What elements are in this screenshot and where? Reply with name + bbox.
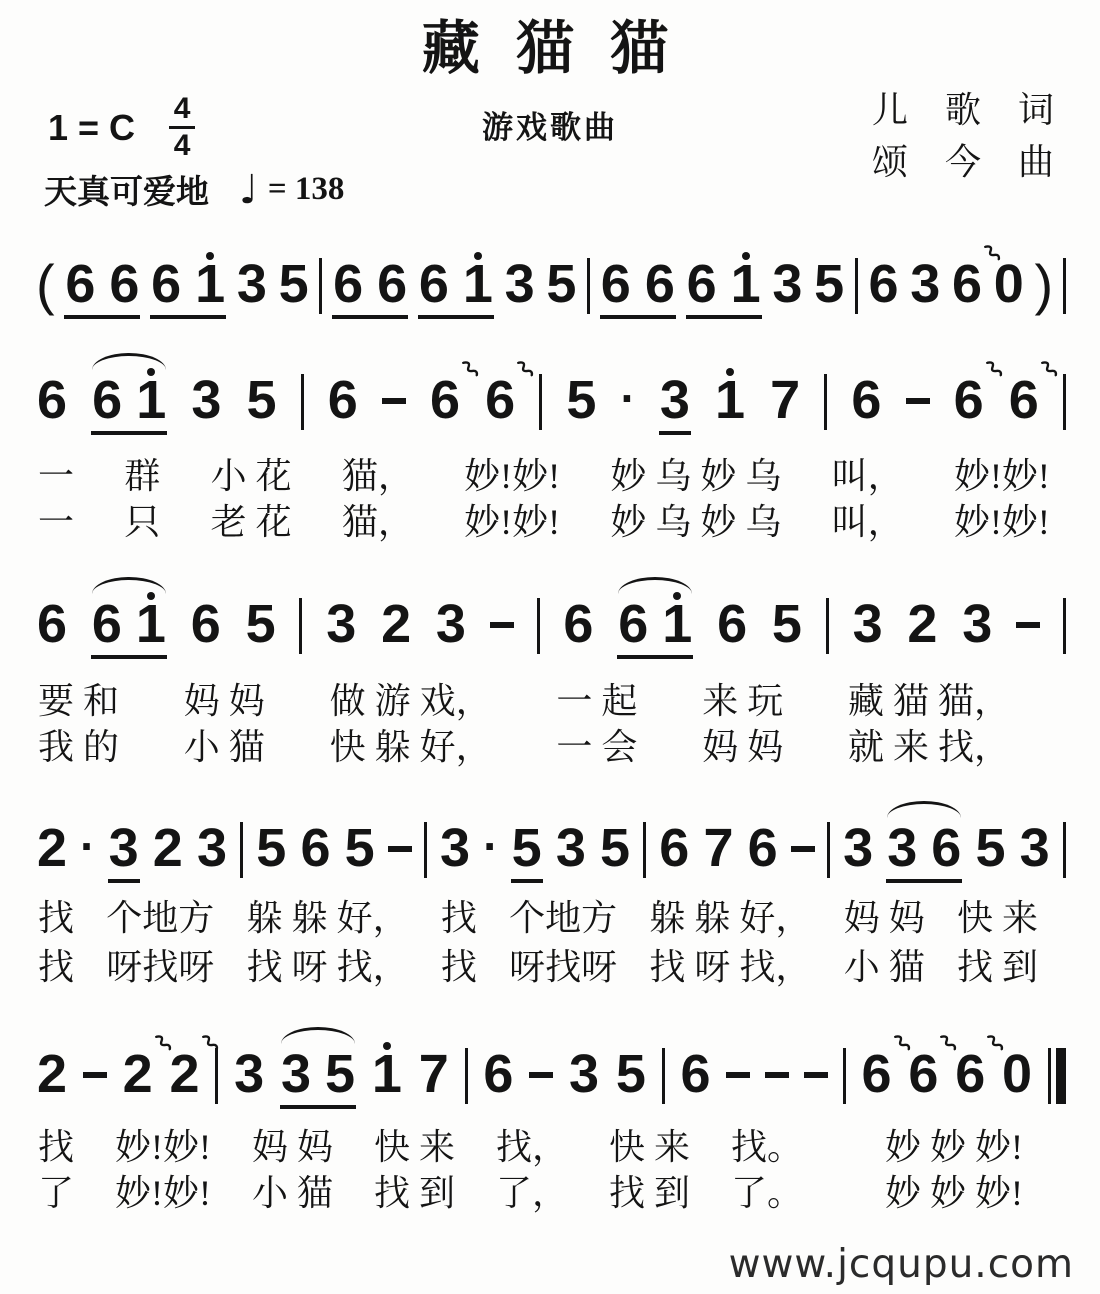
note: 3: [439, 820, 471, 876]
note: 5: [615, 1046, 647, 1102]
note: 1: [371, 1046, 403, 1102]
lyric-segment: 了，: [496, 1172, 568, 1214]
note: 6: [64, 256, 96, 312]
lyric-segment: 找: [441, 946, 477, 988]
note: 7: [702, 820, 734, 876]
note: 3: [909, 256, 941, 312]
beam-group: 66: [64, 256, 140, 319]
note: 3: [435, 596, 467, 652]
note-number: 6: [37, 372, 67, 428]
barline: [1063, 258, 1066, 314]
note: 3: [236, 256, 268, 312]
time-signature: 4 4: [169, 94, 195, 161]
lyric-segment: 猫，: [342, 501, 414, 543]
lyric-segment: 群: [124, 455, 160, 497]
composer-credit: 颂 今 曲: [872, 136, 1068, 188]
lyric-segment: 一: [38, 501, 74, 543]
note-number: 5: [546, 256, 576, 312]
note-number: 6: [680, 1046, 710, 1102]
music-line: (6661356661356661356360): [36, 256, 1066, 319]
note-number: 6: [483, 1046, 513, 1102]
note-number: 6: [92, 372, 122, 428]
lyric-segment: 就 来 找，: [848, 726, 1010, 768]
lyric-row: 找妙!妙!妈 妈快 来找，快 来找。妙 妙 妙!: [38, 1126, 1023, 1168]
note-number: 6: [109, 256, 139, 312]
note: 5: [511, 820, 543, 883]
barline: [539, 374, 542, 430]
note: 3: [196, 820, 228, 876]
note-number: 6: [955, 1046, 985, 1102]
octave-dot: [742, 252, 750, 260]
note: 5: [255, 820, 287, 876]
slide-mark-icon: [1037, 357, 1060, 381]
lyric-segment: 找: [441, 897, 477, 939]
barline: [643, 822, 646, 878]
note: 6: [686, 256, 718, 312]
barline-thin: [1048, 1048, 1051, 1104]
beam-group: 66: [332, 256, 408, 319]
note-number: 5: [566, 372, 596, 428]
note: 5: [278, 256, 310, 312]
slide-mark-icon: [459, 357, 482, 381]
octave-dot: [206, 252, 214, 260]
note-number: 2: [907, 596, 937, 652]
note: 3: [280, 1046, 312, 1102]
slur: [887, 801, 961, 818]
slur: [618, 577, 692, 594]
note-number: 3: [660, 372, 690, 428]
note-number: 3: [910, 256, 940, 312]
music-line: 661356665·317666: [36, 372, 1066, 435]
note: 6: [747, 820, 779, 876]
lyric-segment: 了: [38, 1172, 74, 1214]
barline: [824, 374, 827, 430]
barline: [855, 258, 858, 314]
note-number: 7: [703, 820, 733, 876]
note: 6: [327, 372, 359, 428]
note: 5: [974, 820, 1006, 876]
lyric-segment: 找 到: [609, 1172, 690, 1214]
lyric-row: 要 和妈 妈做 游 戏，一 起来 玩藏 猫 猫，: [38, 680, 1010, 722]
note-number: 7: [419, 1046, 449, 1102]
note: 6: [150, 256, 182, 312]
augmentation-dot: ·: [620, 372, 635, 424]
lyric-segment: 找 呀 找，: [247, 946, 409, 988]
lyric-segment: 妙!妙!: [115, 1126, 211, 1168]
note: 7: [418, 1046, 450, 1102]
note: 2: [36, 820, 68, 876]
dash-rest: [490, 622, 514, 628]
lyric-segment: 妈 妈: [184, 680, 265, 722]
barline: [1063, 598, 1066, 654]
note-number: 1: [731, 256, 761, 312]
dash-rest: [804, 1072, 828, 1078]
note: 6: [332, 256, 364, 312]
note: 3: [1019, 820, 1051, 876]
note: 5: [813, 256, 845, 312]
note: 3: [190, 372, 222, 428]
lyric-segment: 小 猫: [844, 946, 925, 988]
slur: [281, 1027, 355, 1044]
note: 5: [344, 820, 376, 876]
barline: [301, 374, 304, 430]
note: 6: [716, 596, 748, 652]
lyric-segment: 找 到: [957, 946, 1038, 988]
note: 6: [954, 1046, 986, 1102]
tempo-value: = 138: [268, 171, 345, 208]
lyric-segment: 藏 猫 猫，: [848, 680, 1010, 722]
note: 6: [376, 256, 408, 312]
note-number: 6: [377, 256, 407, 312]
note: 6: [482, 1046, 514, 1102]
lyric-segment: 一 起: [556, 680, 637, 722]
note-number: 1: [715, 372, 745, 428]
lyric-segment: 快 躲 好，: [330, 726, 492, 768]
note-number: 6: [659, 820, 689, 876]
beam-group: 61: [686, 256, 762, 319]
lyricist-credit: 儿 歌 词: [872, 84, 1068, 136]
parenthesis: ): [1034, 256, 1053, 314]
note: 6: [91, 372, 123, 428]
lyric-row: 了妙!妙!小 猫找 到了，找 到了。妙 妙 妙!: [38, 1172, 1023, 1214]
note-number: 7: [770, 372, 800, 428]
note-number: 5: [279, 256, 309, 312]
lyric-row: 我 的小 猫快 躲 好，一 会妈 妈就 来 找，: [38, 726, 1010, 768]
lyric-segment: 只: [124, 501, 160, 543]
note: 2: [122, 1046, 154, 1102]
note-number: 1: [136, 596, 166, 652]
lyric-segment: 妙 乌 妙 乌: [610, 501, 781, 543]
barline: [662, 1048, 665, 1104]
lyric-segment: 快 来: [609, 1126, 690, 1168]
note-number: 1: [662, 596, 692, 652]
note: 3: [961, 596, 993, 652]
music-line: 6616532366165323: [36, 596, 1066, 659]
note-number: 3: [281, 1046, 311, 1102]
barline: [1063, 822, 1066, 878]
dash-rest: [382, 398, 406, 404]
note: 6: [36, 372, 68, 428]
note: 1: [730, 256, 762, 312]
note: 6: [36, 596, 68, 652]
dash-rest: [388, 846, 412, 852]
lyric-segment: 一 会: [556, 726, 637, 768]
note-number: 6: [151, 256, 181, 312]
lyric-segment: 妈 妈: [844, 897, 925, 939]
note: 6: [930, 820, 962, 876]
note-number: 3: [234, 1046, 264, 1102]
note: 5: [565, 372, 597, 428]
barline: [240, 822, 243, 878]
note: 1: [135, 596, 167, 652]
dash-rest: [791, 846, 815, 852]
note-number: 5: [325, 1046, 355, 1102]
lyric-segment: 妙!妙!: [464, 455, 560, 497]
slur: [92, 353, 166, 370]
note-number: 6: [908, 1046, 938, 1102]
note: 6: [418, 256, 450, 312]
meter-denominator: 4: [174, 131, 191, 161]
lyric-row: 一只老 花猫，妙!妙!妙 乌 妙 乌叫，妙!妙!: [38, 501, 1050, 543]
lyric-segment: 了。: [731, 1172, 803, 1214]
octave-dot: [474, 252, 482, 260]
note-number: 6: [300, 820, 330, 876]
note: 3: [886, 820, 918, 876]
lyric-segment: 躲 躲 好，: [247, 897, 409, 939]
note-number: 6: [1009, 372, 1039, 428]
beam-group: 35: [280, 1046, 356, 1109]
lyric-segment: 妙!妙!: [115, 1172, 211, 1214]
note: 1: [462, 256, 494, 312]
lyric-segment: 小 花: [211, 455, 292, 497]
note-number: 3: [436, 596, 466, 652]
lyric-segment: 小 猫: [252, 1172, 333, 1214]
barline: [215, 1048, 218, 1104]
lyric-segment: 呀找呀: [106, 946, 214, 988]
lyric-segment: 妙 妙 妙!: [885, 1126, 1023, 1168]
note: 6: [951, 256, 983, 312]
dash-rest: [906, 398, 930, 404]
music-line: 2223351763566660: [36, 1046, 1066, 1109]
note: 6: [644, 256, 676, 312]
note-number: 5: [345, 820, 375, 876]
quarter-note-icon: ♩: [239, 167, 258, 213]
barline: [424, 822, 427, 878]
octave-dot: [673, 592, 681, 600]
barline: [1063, 374, 1066, 430]
beam-group: 61: [617, 596, 693, 659]
lyric-segment: 妙 乌 妙 乌: [610, 455, 781, 497]
lyric-segment: 妙 妙 妙!: [885, 1172, 1023, 1214]
octave-dot: [726, 368, 734, 376]
barline-thick: [1056, 1048, 1066, 1104]
note-number: 6: [645, 256, 675, 312]
lyric-segment: 找: [38, 1126, 74, 1168]
lyric-segment: 要 和: [38, 680, 119, 722]
lyric-row: 找呀找呀找 呀 找，找呀找呀找 呀 找，小 猫找 到: [38, 946, 1038, 988]
note-number: 5: [246, 372, 276, 428]
note-number: 5: [246, 596, 276, 652]
note: 6: [91, 596, 123, 652]
note: 6: [190, 596, 222, 652]
barline: [465, 1048, 468, 1104]
note: 6: [861, 1046, 893, 1102]
lyric-segment: 快 来: [957, 897, 1038, 939]
note-number: 6: [748, 820, 778, 876]
note: 6: [108, 256, 140, 312]
note: 6: [1008, 372, 1040, 428]
beam-group: 61: [150, 256, 226, 319]
lyric-segment: 来 玩: [702, 680, 783, 722]
note-number: 2: [169, 1046, 199, 1102]
note: 6: [850, 372, 882, 428]
note: 3: [108, 820, 140, 883]
beam-group: 61: [91, 596, 167, 659]
note-number: 6: [931, 820, 961, 876]
note-number: 6: [618, 596, 648, 652]
parenthesis: (: [36, 256, 55, 314]
note: 2: [152, 820, 184, 876]
note-number: 3: [326, 596, 356, 652]
lyric-segment: 猫，: [342, 455, 414, 497]
note-number: 3: [772, 256, 802, 312]
barline: [587, 258, 590, 314]
augmentation-dot: ·: [80, 820, 95, 872]
song-title: 藏 猫 猫: [0, 16, 1100, 82]
beam-group: 61: [418, 256, 494, 319]
note: 2: [168, 1046, 200, 1102]
note: 6: [953, 372, 985, 428]
barline: [843, 1048, 846, 1104]
note: 6: [617, 596, 649, 652]
barline: [827, 822, 830, 878]
note: 0: [993, 256, 1025, 312]
note-number: 3: [556, 820, 586, 876]
slide-mark-icon: [514, 357, 537, 381]
watermark: www.jcqupu.com: [729, 1242, 1074, 1287]
lyric-segment: 找。: [731, 1126, 803, 1168]
note-number: 5: [512, 820, 542, 876]
dash-rest: [529, 1072, 553, 1078]
dash-rest: [1016, 622, 1040, 628]
beam-group: 66: [600, 256, 676, 319]
dash-rest: [765, 1072, 789, 1078]
note-number: 3: [569, 1046, 599, 1102]
note-number: 2: [381, 596, 411, 652]
lyric-row: 找个地方躲 躲 好，找个地方躲 躲 好，妈 妈快 来: [38, 897, 1038, 939]
lyric-segment: 做 游 戏，: [330, 680, 492, 722]
note: 1: [714, 372, 746, 428]
note-number: 3: [887, 820, 917, 876]
note: 3: [568, 1046, 600, 1102]
note: 6: [562, 596, 594, 652]
lyric-segment: 躲 躲 好，: [649, 897, 811, 939]
beam-group: 61: [91, 372, 167, 435]
lyric-segment: 快 来: [374, 1126, 455, 1168]
lyric-segment: 呀找呀: [509, 946, 617, 988]
note-number: 6: [191, 596, 221, 652]
note: 2: [36, 1046, 68, 1102]
note: 2: [380, 596, 412, 652]
octave-dot: [147, 368, 155, 376]
note-number: 3: [109, 820, 139, 876]
key-label: 1 = C: [48, 107, 135, 149]
note-number: 6: [601, 256, 631, 312]
note: 0: [1001, 1046, 1033, 1102]
note-number: 3: [191, 372, 221, 428]
note: 5: [245, 372, 277, 428]
note: 5: [324, 1046, 356, 1102]
key-signature: 1 = C 4 4: [48, 94, 195, 161]
note: 6: [658, 820, 690, 876]
note-number: 6: [862, 1046, 892, 1102]
meter-numerator: 4: [174, 94, 191, 124]
expression-marking: 天真可爱地: [44, 166, 209, 213]
note-number: 3: [505, 256, 535, 312]
note-number: 6: [328, 372, 358, 428]
note-number: 5: [256, 820, 286, 876]
tempo-line: 天真可爱地 ♩ = 138: [44, 166, 344, 213]
note: 6: [679, 1046, 711, 1102]
note-number: 6: [717, 596, 747, 652]
note: 6: [299, 820, 331, 876]
note-number: 5: [616, 1046, 646, 1102]
barline: [826, 598, 829, 654]
score-page: 藏 猫 猫 游戏歌曲 儿 歌 词 颂 今 曲 1 = C 4 4 天真可爱地 ♩…: [0, 0, 1100, 1294]
note-number: 3: [197, 820, 227, 876]
note-number: 6: [869, 256, 899, 312]
note: 3: [325, 596, 357, 652]
dash-rest: [726, 1072, 750, 1078]
note-number: 6: [851, 372, 881, 428]
note: 6: [600, 256, 632, 312]
note-number: 2: [153, 820, 183, 876]
note-number: 2: [37, 820, 67, 876]
note-number: 2: [123, 1046, 153, 1102]
barline: [537, 598, 540, 654]
note-number: 1: [372, 1046, 402, 1102]
augmentation-dot: ·: [483, 820, 498, 872]
note-number: 2: [37, 1046, 67, 1102]
lyric-segment: 我 的: [38, 726, 119, 768]
lyric-segment: 妙!妙!: [954, 501, 1050, 543]
note-number: 1: [136, 372, 166, 428]
octave-dot: [147, 592, 155, 600]
note-number: 6: [952, 256, 982, 312]
note-number: 3: [440, 820, 470, 876]
lyric-segment: 小 猫: [184, 726, 265, 768]
note-number: 6: [419, 256, 449, 312]
note: 2: [906, 596, 938, 652]
lyric-segment: 妈 妈: [252, 1126, 333, 1168]
note: 6: [429, 372, 461, 428]
note: 1: [661, 596, 693, 652]
note-number: 0: [1002, 1046, 1032, 1102]
lyric-segment: 叫，: [832, 501, 904, 543]
lyric-segment: 个地方: [106, 897, 214, 939]
note: 6: [484, 372, 516, 428]
slide-mark-icon: [982, 357, 1005, 381]
note: 3: [659, 372, 691, 435]
lyric-segment: 找，: [496, 1126, 568, 1168]
note-number: 6: [485, 372, 515, 428]
note-number: 6: [430, 372, 460, 428]
lyric-segment: 找 到: [374, 1172, 455, 1214]
note: 6: [868, 256, 900, 312]
note: 7: [769, 372, 801, 428]
note: 6: [907, 1046, 939, 1102]
note-number: 6: [954, 372, 984, 428]
lyric-segment: 一: [38, 455, 74, 497]
lyric-segment: 找 呀 找，: [649, 946, 811, 988]
lyric-row: 一群小 花猫，妙!妙!妙 乌 妙 乌叫，妙!妙!: [38, 455, 1050, 497]
lyric-segment: 老 花: [211, 501, 292, 543]
note-number: 5: [772, 596, 802, 652]
note-number: 6: [37, 596, 67, 652]
lyric-segment: 叫，: [832, 455, 904, 497]
beam-group: 36: [886, 820, 962, 883]
note-number: 3: [853, 596, 883, 652]
note-number: 5: [975, 820, 1005, 876]
dash-rest: [83, 1072, 107, 1078]
note-number: 3: [843, 820, 873, 876]
lyric-segment: 找: [38, 897, 74, 939]
note: 3: [504, 256, 536, 312]
note-number: 0: [994, 256, 1024, 312]
note: 5: [545, 256, 577, 312]
note-number: 3: [1020, 820, 1050, 876]
final-barline: [1048, 1048, 1066, 1104]
